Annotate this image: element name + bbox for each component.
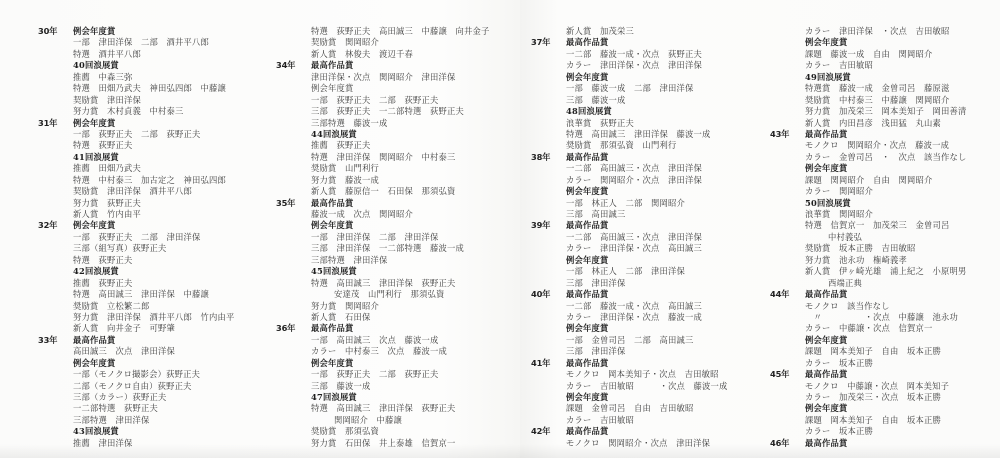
award-heading-row: 43年最高作品賞	[770, 129, 996, 140]
award-recipients: カラー 津田洋保・次点 高田誠三	[566, 243, 702, 253]
award-recipients: 努力賞 木村貞義 中村泰三	[73, 106, 183, 116]
year-label: 42年	[531, 426, 550, 437]
award-entry-row: 課題 金曽司呂 自由 吉田敏昭	[531, 403, 763, 414]
award-entry-row: 推薦 荻野正夫	[276, 140, 516, 151]
award-entry-row: 努力賞 加茂栄三 岡本美知子 岡田善清	[770, 106, 996, 117]
award-heading-row: 例会年度賞	[276, 358, 516, 369]
award-entry-row: 浪華賞 荻野正夫	[531, 118, 763, 129]
award-heading-row: 44回浪展賞	[276, 129, 516, 140]
award-recipients: 中村義弘	[828, 232, 862, 242]
award-entry-row: 課題 岡本美知子 自由 坂本正勝	[770, 415, 996, 426]
award-category-heading: 例会年度賞	[311, 358, 354, 368]
award-entry-row: 課題 関岡昭介 自由 関岡昭介	[770, 175, 996, 186]
year-label: 41年	[531, 358, 550, 369]
award-recipients: カラー 吉田敏昭 ・次点 藤波一成	[566, 381, 727, 391]
award-recipients: 三部 高田誠三	[566, 209, 625, 219]
award-heading-row: 例会年度賞	[770, 163, 996, 174]
award-recipients: 奨励賞 坂本正勝 吉田敏昭	[805, 243, 915, 253]
award-recipients: 一二部 高田誠三・次点 津田洋保	[566, 163, 702, 173]
award-entry-row: 一二部 高田誠三・次点 津田洋保	[531, 232, 763, 243]
award-recipients: 奨励賞 那須弘資 山門利行	[566, 140, 676, 150]
award-recipients: 新人賞 竹内由平	[73, 209, 141, 219]
award-entry-row: 一部（モノクロ撮影会）荻野正夫	[38, 369, 268, 380]
award-recipients: 一部 津田洋保 二部 酒井平八郎	[73, 37, 209, 47]
award-recipients: 一部 荻野正夫 二部 荻野正夫	[73, 129, 200, 139]
award-recipients: 新人賞 藤原信一 石田保 那須弘資	[311, 186, 455, 196]
award-category-heading: 41回浪展賞	[73, 152, 119, 162]
award-entry-row: 新人賞 向井金子 可野肇	[38, 323, 268, 334]
award-entry-row: カラー 吉田敏昭	[531, 415, 763, 426]
award-entry-row: 奨励賞 中村泰三 中藤譲 関岡昭介	[770, 95, 996, 106]
award-heading-row: 例会年度賞	[38, 358, 268, 369]
award-heading-row: 例会年度賞	[531, 72, 763, 83]
award-entry-row: 新人賞 加茂栄三	[531, 26, 763, 37]
award-entry-row: 契励賞 関岡昭介	[276, 37, 516, 48]
award-heading-row: 36年最高作品賞	[276, 323, 516, 334]
award-entry-row: 新人賞 内田昌彦 浅田猛 丸山素	[770, 118, 996, 129]
award-recipients: モノクロ 中藤譲・次点 岡本美知子	[805, 381, 949, 391]
award-heading-row: 例会年度賞	[531, 392, 763, 403]
award-entry-row: モノクロ 関岡昭介・次点 藤波一成	[770, 140, 996, 151]
award-entry-row: 三部（組写真）荻野正夫	[38, 243, 268, 254]
award-entry-row: 例会年度賞	[276, 83, 516, 94]
award-heading-row: 43回浪展賞	[38, 426, 268, 437]
award-recipients: 特選 荻野正夫	[73, 140, 132, 150]
award-category-heading: 48回浪展賞	[566, 106, 612, 116]
award-recipients: 課題 金曽司呂 自由 吉田敏昭	[566, 403, 693, 413]
award-entry-row: カラー 加茂栄三・次点 坂本正勝	[770, 392, 996, 403]
award-recipients: 一二部 藤波一成・次点 高田誠三	[566, 301, 702, 311]
award-recipients: 新人賞 加茂栄三	[566, 26, 634, 36]
award-recipients: 特選 酒井平八郎	[73, 49, 141, 59]
award-recipients: 一部 荻野正夫 二部 荻野正夫	[311, 369, 438, 379]
award-entry-row: モノクロ 中藤譲・次点 岡本美知子	[770, 381, 996, 392]
award-heading-row: 42回浪展賞	[38, 266, 268, 277]
award-entry-row: カラー 関岡昭介・次点 津田洋保	[531, 175, 763, 186]
award-recipients: 一部 津田洋保 二部 津田洋保	[311, 232, 438, 242]
award-category-heading: 42回浪展賞	[73, 266, 119, 276]
award-entry-row: 一部 藤波一成 二部 津田洋保	[531, 83, 763, 94]
year-label: 30年	[38, 26, 57, 37]
award-entry-row: 推薦 田畑乃武夫	[38, 163, 268, 174]
award-entry-row: 課題 藤波一成 自由 関岡昭介	[770, 49, 996, 60]
award-recipients: 二部（モノクロ自由）荻野正夫	[73, 381, 192, 391]
award-heading-row: 47回浪展賞	[276, 392, 516, 403]
award-column-3: 新人賞 加茂栄三37年最高作品賞一二部 藤波一成・次点 荻野正夫カラー 津田洋保…	[531, 26, 763, 449]
award-entry-row: 関岡昭介 中藤譲	[276, 415, 516, 426]
award-recipients: 三部 津田洋保 一二部特選 藤波一成	[311, 243, 464, 253]
award-recipients: 藤波一成 次点 関岡昭介	[311, 209, 413, 219]
award-entry-row: カラー 坂本正勝	[770, 426, 996, 437]
award-entry-row: カラー 津田洋保 ・次点 吉田敏昭	[770, 26, 996, 37]
award-entry-row: 新人賞 伊ヶ崎光雄 浦上紀之 小原明男	[770, 266, 996, 277]
award-heading-row: 例会年度賞	[531, 323, 763, 334]
award-entry-row: 努力賞 荻野正夫	[38, 198, 268, 209]
award-recipients: 一二部 高田誠三・次点 津田洋保	[566, 232, 702, 242]
award-entry-row: 三部（カラー）荻野正夫	[38, 392, 268, 403]
award-heading-row: 33年最高作品賞	[38, 335, 268, 346]
award-recipients: カラー 中村泰三 次点 藤波一成	[311, 346, 447, 356]
award-category-heading: 例会年度賞	[805, 403, 848, 413]
award-entry-row: 特選賞 藤波一成 金曽司呂 藤原滋	[770, 83, 996, 94]
award-category-heading: 50回浪展賞	[805, 198, 851, 208]
award-category-heading: 最高作品賞	[805, 369, 848, 379]
award-heading-row: 45年最高作品賞	[770, 369, 996, 380]
award-entry-row: 一部 荻野正夫 二部 荻野正夫	[276, 369, 516, 380]
award-recipients: 努力賞 関岡昭介	[311, 301, 379, 311]
award-entry-row: 特選 津田洋保 関岡昭介 中村泰三	[276, 152, 516, 163]
award-entry-row: 特選 荻野正夫 高田誠三 中藤譲 向井金子	[276, 26, 516, 37]
award-recipients: 特選 中村泰三 加古定之 神田弘四郎	[73, 175, 226, 185]
award-entry-row: 新人賞 藤原信一 石田保 那須弘資	[276, 186, 516, 197]
award-category-heading: 例会年度賞	[805, 37, 848, 47]
award-category-heading: 最高作品賞	[566, 220, 609, 230]
award-entry-row: 特選 高田誠三 津田洋保 荻野正夫	[276, 403, 516, 414]
award-entry-row: 特選 高田誠三 津田洋保 中藤譲	[38, 289, 268, 300]
award-entry-row: 津田洋保・次点 関岡昭介 津田洋保	[276, 72, 516, 83]
award-recipients: 三部 藤波一成	[311, 381, 370, 391]
year-label: 34年	[276, 60, 295, 71]
award-heading-row: 34年最高作品賞	[276, 60, 516, 71]
award-entry-row: カラー 中村泰三 次点 藤波一成	[276, 346, 516, 357]
award-recipients: 西端正典	[828, 278, 862, 288]
award-recipients: 一部 荻野正夫 二部 荻野正夫	[311, 95, 438, 105]
award-recipients: カラー 加茂栄三・次点 坂本正勝	[805, 392, 941, 402]
award-recipients: 一部 高田誠三 次点 藤波一成	[311, 335, 438, 345]
year-label: 37年	[531, 37, 550, 48]
award-entry-row: 一部 荻野正夫 二部 荻野正夫	[38, 129, 268, 140]
award-category-heading: 例会年度賞	[566, 392, 609, 402]
award-recipients: 特選 荻野正夫 高田誠三 中藤譲 向井金子	[311, 26, 489, 36]
award-entry-row: 努力賞 関岡昭介	[276, 301, 516, 312]
award-recipients: 特選 高田誠三 津田洋保 藤波一成	[566, 129, 710, 139]
award-category-heading: 最高作品賞	[311, 198, 354, 208]
award-heading-row: 31年例会年度賞	[38, 118, 268, 129]
award-category-heading: 例会年度賞	[73, 118, 116, 128]
award-entry-row: 一二部 高田誠三・次点 津田洋保	[531, 163, 763, 174]
award-recipients: 課題 関岡昭介 自由 関岡昭介	[805, 175, 932, 185]
award-recipients: カラー 中藤譲・次点 信賀京一	[805, 323, 932, 333]
award-recipients: 特選 高田誠三 津田洋保 中藤譲	[73, 289, 209, 299]
award-recipients: 努力賞 藤波一成	[311, 175, 379, 185]
award-entry-row: カラー 津田洋保・次点 津田洋保	[531, 60, 763, 71]
award-recipients: 特選賞 藤波一成 金曽司呂 藤原滋	[805, 83, 949, 93]
award-heading-row: 例会年度賞	[770, 335, 996, 346]
award-entry-row: モノクロ 岡本美知子・次点 吉田敏昭	[531, 369, 763, 380]
award-category-heading: 例会年度賞	[73, 220, 116, 230]
award-recipients: 課題 岡本美知子 自由 坂本正勝	[805, 415, 941, 425]
award-entry-row: 契励賞 津田洋保 酒井平八郎	[38, 186, 268, 197]
award-entry-row: 特選 田畑乃武夫 神田弘四郎 中藤譲	[38, 83, 268, 94]
award-heading-row: 49回浪展賞	[770, 72, 996, 83]
award-recipients: 奨励賞 中村泰三 中藤譲 関岡昭介	[805, 95, 949, 105]
award-entry-row: 特選 高田誠三 津田洋保 荻野正夫	[276, 278, 516, 289]
year-label: 32年	[38, 220, 57, 231]
award-recipients: 特選 信賀京一 加茂栄三 金曽司呂	[805, 220, 949, 230]
award-entry-row: カラー 関岡昭介	[770, 186, 996, 197]
award-heading-row: 38年最高作品賞	[531, 152, 763, 163]
award-category-heading: 最高作品賞	[73, 335, 116, 345]
award-category-heading: 45回浪展賞	[311, 266, 357, 276]
award-category-heading: 44回浪展賞	[311, 129, 357, 139]
award-heading-row: 40年最高作品賞	[531, 289, 763, 300]
award-entry-row: 三部特選 津田洋保	[276, 255, 516, 266]
award-entry-row: 契励賞 津田洋保	[38, 95, 268, 106]
award-heading-row: 50回浪展賞	[770, 198, 996, 209]
award-recipients: カラー 津田洋保 ・次点 吉田敏昭	[805, 26, 949, 36]
award-recipients: 安達茂 山門利行 那須弘資	[334, 289, 444, 299]
award-entry-row: カラー 坂本正勝	[770, 358, 996, 369]
award-recipients: カラー 坂本正勝	[805, 426, 873, 436]
award-recipients: 三部 荻野正夫 一二部特選 荻野正夫	[311, 106, 464, 116]
award-heading-row: 例会年度賞	[276, 220, 516, 231]
award-entry-row: 推薦 中森三弥	[38, 72, 268, 83]
year-label: 36年	[276, 323, 295, 334]
award-recipients: 奨励賞 立松繁二郎	[73, 301, 149, 311]
award-recipients: 課題 岡本美知子 自由 坂本正勝	[805, 346, 941, 356]
award-heading-row: 30年例会年度賞	[38, 26, 268, 37]
year-label: 39年	[531, 220, 550, 231]
award-recipients: 特選 津田洋保 関岡昭介 中村泰三	[311, 152, 455, 162]
award-recipients: 特選 高田誠三 津田洋保 荻野正夫	[311, 403, 455, 413]
year-label: 44年	[770, 289, 789, 300]
award-category-heading: 例会年度賞	[566, 186, 609, 196]
award-entry-row: カラー 津田洋保・次点 高田誠三	[531, 243, 763, 254]
award-category-heading: 最高作品賞	[566, 289, 609, 299]
award-entry-row: 奨励賞 山門利行	[276, 163, 516, 174]
award-recipients: 三部 津田洋保	[566, 278, 625, 288]
award-recipients: 特選 荻野正夫	[73, 255, 132, 265]
award-entry-row: 高田誠三 次点 津田洋保	[38, 346, 268, 357]
award-recipients: カラー 津田洋保・次点 藤波一成	[566, 312, 702, 322]
award-entry-row: 奨励賞 那須弘資	[276, 426, 516, 437]
award-recipients: カラー 吉田敏昭	[805, 60, 873, 70]
award-category-heading: 最高作品賞	[566, 426, 609, 436]
award-heading-row: 39年最高作品賞	[531, 220, 763, 231]
award-recipients: 一二部特選 荻野正夫	[73, 403, 158, 413]
award-recipients: 課題 藤波一成 自由 関岡昭介	[805, 49, 932, 59]
award-recipients: カラー 吉田敏昭	[566, 415, 634, 425]
award-entry-row: 一部 林正人 二部 関岡昭介	[531, 198, 763, 209]
award-entry-row: 課題 岡本美知子 自由 坂本正勝	[770, 346, 996, 357]
award-entry-row: 一二部特選 荻野正夫	[38, 403, 268, 414]
award-category-heading: 43回浪展賞	[73, 426, 119, 436]
award-category-heading: 最高作品賞	[566, 358, 609, 368]
award-entry-row: 特選 荻野正夫	[38, 140, 268, 151]
award-entry-row: 藤波一成 次点 関岡昭介	[276, 209, 516, 220]
year-label: 35年	[276, 198, 295, 209]
award-entry-row: 特選 荻野正夫	[38, 255, 268, 266]
award-recipients: 三部特選 藤波一成	[311, 118, 387, 128]
award-recipients: 推薦 荻野正夫	[311, 140, 370, 150]
award-recipients: 努力賞 荻野正夫	[73, 198, 141, 208]
award-entry-row: カラー 中藤譲・次点 信賀京一	[770, 323, 996, 334]
award-heading-row: 42年最高作品賞	[531, 426, 763, 437]
award-recipients: 努力賞 池永功 権崎義孝	[805, 255, 907, 265]
award-entry-row: 三部 高田誠三	[531, 209, 763, 220]
award-entry-row: 努力賞 津田洋保 酒井平八郎 竹内由平	[38, 312, 268, 323]
award-recipients: 努力賞 津田洋保 酒井平八郎 竹内由平	[73, 312, 234, 322]
award-entry-row: 一部 高田誠三 次点 藤波一成	[276, 335, 516, 346]
award-column-4: カラー 津田洋保 ・次点 吉田敏昭例会年度賞課題 藤波一成 自由 関岡昭介カラー…	[770, 26, 996, 449]
award-recipients: 一部 荻野正夫 二部 津田洋保	[73, 232, 200, 242]
award-heading-row: 45回浪展賞	[276, 266, 516, 277]
award-entry-row: 三部 荻野正夫 一二部特選 荻野正夫	[276, 106, 516, 117]
year-label: 43年	[770, 129, 789, 140]
award-recipients: 三部 津田洋保	[566, 346, 625, 356]
award-entry-row: カラー 吉田敏昭 ・次点 藤波一成	[531, 381, 763, 392]
award-entry-row: 一二部 藤波一成・次点 荻野正夫	[531, 49, 763, 60]
award-category-heading: 最高作品賞	[566, 37, 609, 47]
award-entry-row: 三部 津田洋保	[531, 278, 763, 289]
award-recipients: 奨励賞 山門利行	[311, 163, 379, 173]
year-label: 33年	[38, 335, 57, 346]
award-recipients: 三部特選 津田洋保	[73, 415, 149, 425]
award-heading-row: 40回浪展賞	[38, 60, 268, 71]
award-entry-row: モノクロ 該当作なし	[770, 301, 996, 312]
year-label: 38年	[531, 152, 550, 163]
award-category-heading: 47回浪展賞	[311, 392, 357, 402]
award-entry-row: 奨励賞 那須弘資 山門利行	[531, 140, 763, 151]
award-column-1: 30年例会年度賞一部 津田洋保 二部 酒井平八郎特選 酒井平八郎40回浪展賞推薦…	[38, 26, 268, 449]
award-entry-row: 浪華賞 関岡昭介	[770, 209, 996, 220]
award-recipients: 推薦 中森三弥	[73, 72, 132, 82]
award-heading-row: 例会年度賞	[770, 37, 996, 48]
award-recipients: モノクロ 関岡昭介・次点 藤波一成	[805, 140, 949, 150]
award-entry-row: 三部 藤波一成	[531, 95, 763, 106]
award-recipients: 新人賞 伊ヶ崎光雄 浦上紀之 小原明男	[805, 266, 966, 276]
award-recipients: モノクロ 該当作なし	[805, 301, 890, 311]
award-category-heading: 例会年度賞	[566, 323, 609, 333]
award-recipients: 推薦 田畑乃武夫	[73, 163, 141, 173]
award-recipients: 〃 ・次点 中藤譲 池永功	[805, 312, 958, 322]
year-label: 31年	[38, 118, 57, 129]
award-recipients: 新人賞 林俊夫 渡辺千春	[311, 49, 413, 59]
award-recipients: 一部 林正人 二部 津田洋保	[566, 266, 685, 276]
award-recipients: カラー 坂本正勝	[805, 358, 873, 368]
award-entry-row: 特選 中村泰三 加古定之 神田弘四郎	[38, 175, 268, 186]
award-category-heading: 例会年度賞	[73, 358, 116, 368]
award-recipients: 特選 田畑乃武夫 神田弘四郎 中藤譲	[73, 83, 226, 93]
award-recipients: 三部（組写真）荻野正夫	[73, 243, 166, 253]
award-heading-row: 37年最高作品賞	[531, 37, 763, 48]
award-recipients: 一部 藤波一成 二部 津田洋保	[566, 83, 693, 93]
award-heading-row: 例会年度賞	[770, 403, 996, 414]
award-category-heading: 最高作品賞	[805, 289, 848, 299]
award-category-heading: 例会年度賞	[566, 255, 609, 265]
year-label: 45年	[770, 369, 789, 380]
award-recipients: カラー 関岡昭介・次点 津田洋保	[566, 175, 702, 185]
award-entry-row: 三部特選 藤波一成	[276, 118, 516, 129]
award-heading-row: 44年最高作品賞	[770, 289, 996, 300]
award-entry-row: 一部 荻野正夫 二部 荻野正夫	[276, 95, 516, 106]
award-category-heading: 例会年度賞	[311, 220, 354, 230]
year-label: 40年	[531, 289, 550, 300]
award-entry-row: 三部特選 津田洋保	[38, 415, 268, 426]
award-heading-row: 41年最高作品賞	[531, 358, 763, 369]
award-entry-row: 一部 金曽司呂 二部 高田誠三	[531, 335, 763, 346]
award-entry-row: 西端正典	[770, 278, 996, 289]
award-entry-row: 奨励賞 立松繁二郎	[38, 301, 268, 312]
award-category-heading: 例会年度賞	[805, 163, 848, 173]
award-recipients: 一部 林正人 二部 関岡昭介	[566, 198, 685, 208]
award-entry-row: 奨励賞 坂本正勝 吉田敏昭	[770, 243, 996, 254]
award-recipients: 契励賞 津田洋保 酒井平八郎	[73, 186, 192, 196]
award-heading-row: 48回浪展賞	[531, 106, 763, 117]
award-entry-row: 一部 林正人 二部 津田洋保	[531, 266, 763, 277]
award-recipients: 例会年度賞	[311, 83, 354, 93]
award-recipients: 浪華賞 関岡昭介	[805, 209, 873, 219]
award-entry-row: 努力賞 木村貞義 中村泰三	[38, 106, 268, 117]
award-recipients: 新人賞 石田保	[311, 312, 370, 322]
award-recipients: 津田洋保・次点 関岡昭介 津田洋保	[311, 72, 455, 82]
award-entry-row: 〃 ・次点 中藤譲 池永功	[770, 312, 996, 323]
award-recipients: 一二部 藤波一成・次点 荻野正夫	[566, 49, 702, 59]
award-recipients: 契励賞 関岡昭介	[311, 37, 379, 47]
award-recipients: 三部 藤波一成	[566, 95, 625, 105]
award-category-heading: 例会年度賞	[73, 26, 116, 36]
award-entry-row: 中村義弘	[770, 232, 996, 243]
award-entry-row: 推薦 荻野正夫	[38, 278, 268, 289]
award-entry-row: 安達茂 山門利行 那須弘資	[276, 289, 516, 300]
award-category-heading: 40回浪展賞	[73, 60, 119, 70]
award-entry-row: 努力賞 藤波一成	[276, 175, 516, 186]
award-column-2: 特選 荻野正夫 高田誠三 中藤譲 向井金子契励賞 関岡昭介新人賞 林俊夫 渡辺千…	[276, 26, 516, 449]
award-recipients: カラー 金曽司呂 ・ 次点 該当作なし	[805, 152, 966, 162]
award-entry-row: 一部 津田洋保 二部 津田洋保	[276, 232, 516, 243]
award-recipients: 新人賞 内田昌彦 浅田猛 丸山素	[805, 118, 941, 128]
award-heading-row: 例会年度賞	[531, 255, 763, 266]
award-recipients: 奨励賞 那須弘資	[311, 426, 379, 436]
award-entry-row: カラー 金曽司呂 ・ 次点 該当作なし	[770, 152, 996, 163]
award-entry-row: 三部 津田洋保 一二部特選 藤波一成	[276, 243, 516, 254]
award-recipients: カラー 津田洋保・次点 津田洋保	[566, 60, 702, 70]
award-entry-row: 特選 信賀京一 加茂栄三 金曽司呂	[770, 220, 996, 231]
award-category-heading: 49回浪展賞	[805, 72, 851, 82]
award-entry-row: 新人賞 石田保	[276, 312, 516, 323]
award-entry-row: 二部（モノクロ自由）荻野正夫	[38, 381, 268, 392]
award-heading-row: 41回浪展賞	[38, 152, 268, 163]
award-category-heading: 最高作品賞	[311, 323, 354, 333]
page-bottom-shadow	[0, 444, 1000, 458]
award-entry-row: 新人賞 林俊夫 渡辺千春	[276, 49, 516, 60]
award-entry-row: 努力賞 池永功 権崎義孝	[770, 255, 996, 266]
award-heading-row: 32年例会年度賞	[38, 220, 268, 231]
award-entry-row: 一二部 藤波一成・次点 高田誠三	[531, 301, 763, 312]
award-entry-row: 特選 高田誠三 津田洋保 藤波一成	[531, 129, 763, 140]
award-category-heading: 最高作品賞	[566, 152, 609, 162]
award-recipients: モノクロ 岡本美知子・次点 吉田敏昭	[566, 369, 719, 379]
award-recipients: カラー 関岡昭介	[805, 186, 873, 196]
award-recipients: 一部（モノクロ撮影会）荻野正夫	[73, 369, 200, 379]
award-recipients: 特選 高田誠三 津田洋保 荻野正夫	[311, 278, 455, 288]
award-recipients: 一部 金曽司呂 二部 高田誠三	[566, 335, 693, 345]
award-recipients: 関岡昭介 中藤譲	[334, 415, 402, 425]
award-recipients: 努力賞 加茂栄三 岡本美知子 岡田善清	[805, 106, 966, 116]
award-category-heading: 最高作品賞	[805, 129, 848, 139]
award-recipients: 高田誠三 次点 津田洋保	[73, 346, 175, 356]
award-category-heading: 最高作品賞	[311, 60, 354, 70]
award-recipients: 浪華賞 荻野正夫	[566, 118, 634, 128]
award-entry-row: カラー 吉田敏昭	[770, 60, 996, 71]
award-recipients: 推薦 荻野正夫	[73, 278, 132, 288]
award-recipients: 三部特選 津田洋保	[311, 255, 387, 265]
award-heading-row: 例会年度賞	[531, 186, 763, 197]
award-category-heading: 例会年度賞	[805, 335, 848, 345]
award-recipients: 新人賞 向井金子 可野肇	[73, 323, 175, 333]
award-recipients: 三部（カラー）荻野正夫	[73, 392, 166, 402]
award-recipients: 契励賞 津田洋保	[73, 95, 141, 105]
